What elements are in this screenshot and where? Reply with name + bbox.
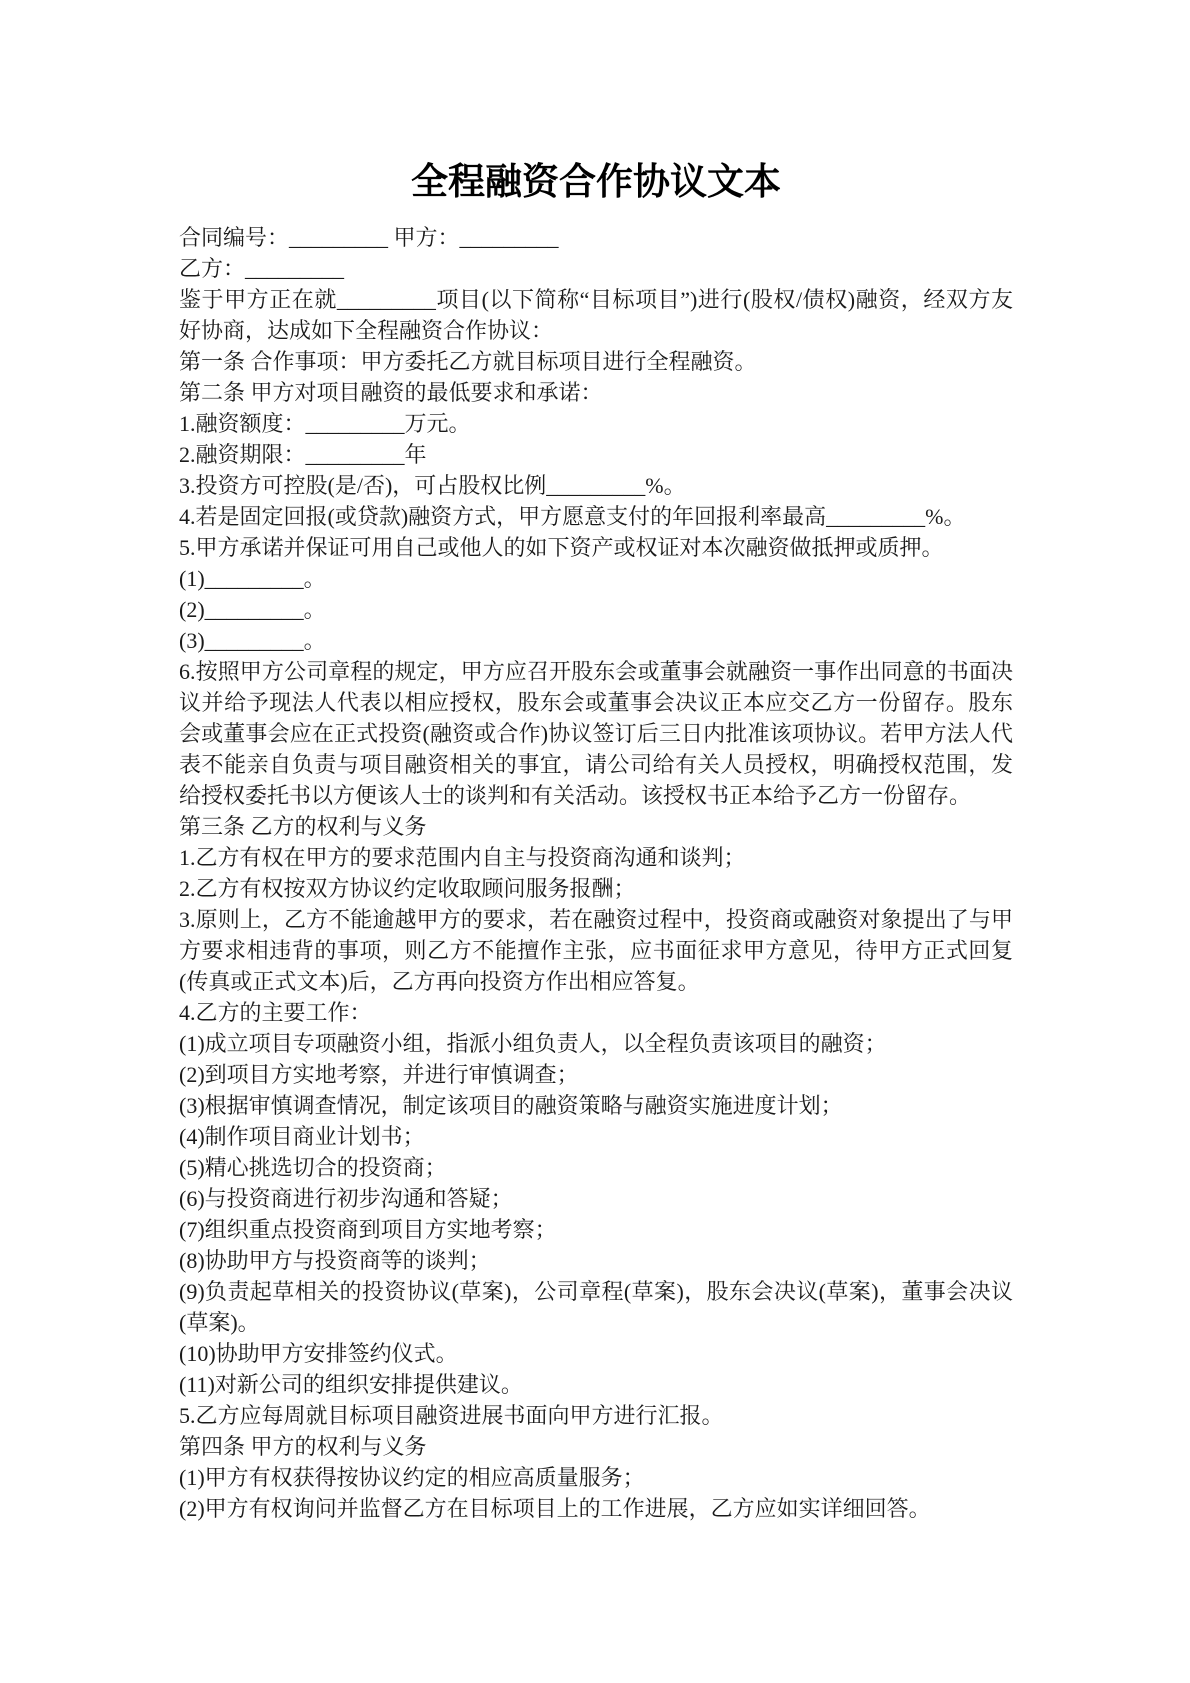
article-3-item-5: 5.乙方应每周就目标项目融资进展书面向甲方进行汇报。 — [179, 1400, 1013, 1431]
collateral-blank-2: (2)_________。 — [179, 594, 1013, 625]
party-b-line: 乙方：_________ — [179, 253, 1013, 284]
article-2-item-5: 5.甲方承诺并保证可用自己或他人的如下资产或权证对本次融资做抵押或质押。 — [179, 532, 1013, 563]
work-item-11: (11)对新公司的组织安排提供建议。 — [179, 1369, 1013, 1400]
work-item-3: (3)根据审慎调查情况，制定该项目的融资策略与融资实施进度计划； — [179, 1090, 1013, 1121]
work-item-1: (1)成立项目专项融资小组，指派小组负责人，以全程负责该项目的融资； — [179, 1028, 1013, 1059]
work-item-8: (8)协助甲方与投资商等的谈判； — [179, 1245, 1013, 1276]
work-item-10: (10)协助甲方安排签约仪式。 — [179, 1338, 1013, 1369]
article-4-item-1: (1)甲方有权获得按协议约定的相应高质量服务； — [179, 1462, 1013, 1493]
work-item-7: (7)组织重点投资商到项目方实地考察； — [179, 1214, 1013, 1245]
contract-no-party-a-line: 合同编号：_________ 甲方：_________ — [179, 222, 1013, 253]
document-page: 全程融资合作协议文本 合同编号：_________ 甲方：_________ 乙… — [0, 0, 1190, 1683]
article-3-item-3: 3.原则上，乙方不能逾越甲方的要求，若在融资过程中，投资商或融资对象提出了与甲方… — [179, 904, 1013, 997]
work-item-2: (2)到项目方实地考察，并进行审慎调查； — [179, 1059, 1013, 1090]
article-2-item-3: 3.投资方可控股(是/否)，可占股权比例_________%。 — [179, 470, 1013, 501]
article-2-item-1: 1.融资额度：_________万元。 — [179, 408, 1013, 439]
article-3-item-1: 1.乙方有权在甲方的要求范围内自主与投资商沟通和谈判； — [179, 842, 1013, 873]
article-4: 第四条 甲方的权利与义务 — [179, 1431, 1013, 1462]
article-4-item-2: (2)甲方有权询问并监督乙方在目标项目上的工作进展，乙方应如实详细回答。 — [179, 1493, 1013, 1524]
work-item-9: (9)负责起草相关的投资协议(草案)，公司章程(草案)，股东会决议(草案)，董事… — [179, 1276, 1013, 1338]
document-title: 全程融资合作协议文本 — [179, 158, 1013, 208]
article-2-item-6: 6.按照甲方公司章程的规定，甲方应召开股东会或董事会就融资一事作出同意的书面决议… — [179, 656, 1013, 811]
article-3-item-4: 4.乙方的主要工作： — [179, 997, 1013, 1028]
preamble-paragraph: 鉴于甲方正在就_________项目(以下简称“目标项目”)进行(股权/债权)融… — [179, 284, 1013, 346]
work-item-4: (4)制作项目商业计划书； — [179, 1121, 1013, 1152]
collateral-blank-1: (1)_________。 — [179, 563, 1013, 594]
article-2-item-2: 2.融资期限：_________年 — [179, 439, 1013, 470]
document-body: 合同编号：_________ 甲方：_________ 乙方：_________… — [179, 222, 1013, 1524]
article-2-item-4: 4.若是固定回报(或贷款)融资方式，甲方愿意支付的年回报利率最高________… — [179, 501, 1013, 532]
work-item-6: (6)与投资商进行初步沟通和答疑； — [179, 1183, 1013, 1214]
article-2: 第二条 甲方对项目融资的最低要求和承诺： — [179, 377, 1013, 408]
article-3: 第三条 乙方的权利与义务 — [179, 811, 1013, 842]
work-item-5: (5)精心挑选切合的投资商； — [179, 1152, 1013, 1183]
article-3-item-2: 2.乙方有权按双方协议约定收取顾问服务报酬； — [179, 873, 1013, 904]
collateral-blank-3: (3)_________。 — [179, 625, 1013, 656]
article-1: 第一条 合作事项：甲方委托乙方就目标项目进行全程融资。 — [179, 346, 1013, 377]
